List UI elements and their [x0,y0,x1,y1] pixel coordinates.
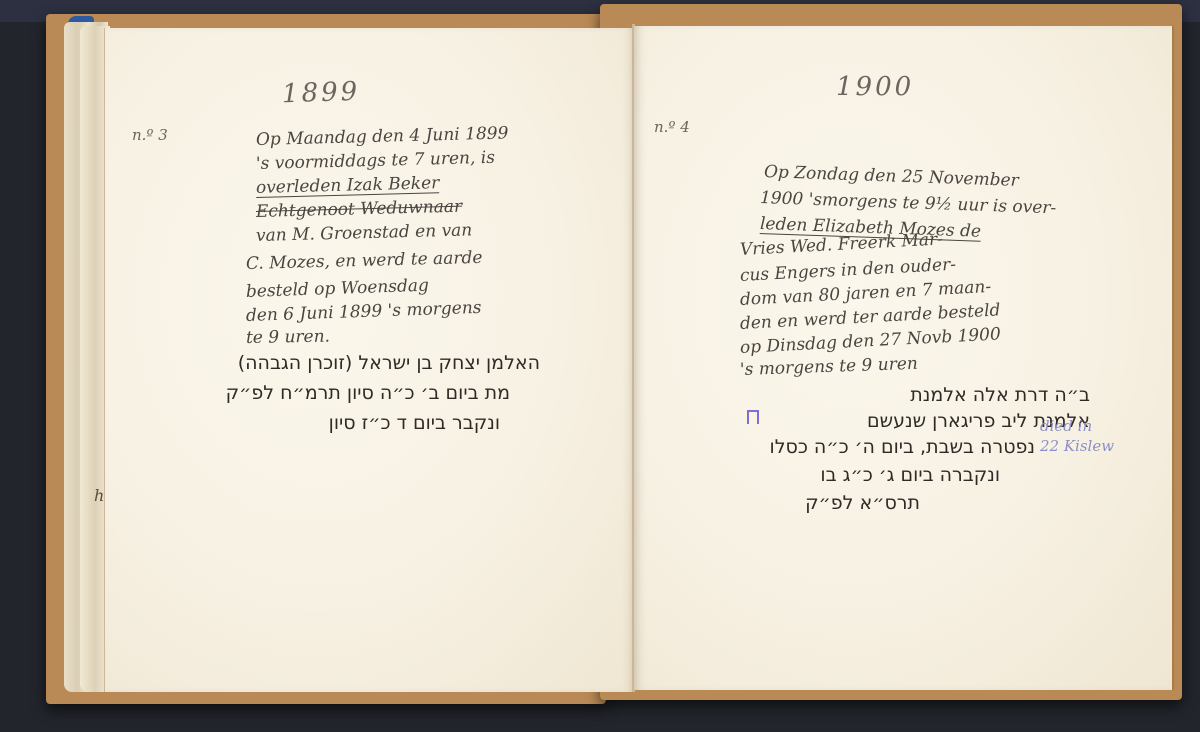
left-line-9: te 9 uren. [246,329,330,347]
pencil-note: died in 22 Kislew [1040,416,1114,456]
left-entry-number: n.º 3 [132,126,168,144]
right-entry-number: n.º 4 [654,118,690,136]
pencil-note-line-2: 22 Kislew [1040,436,1114,456]
right-page-year: 1900 [836,72,914,102]
left-hebrew-line-1: האלמן יצחק בן ישראל (זוכרן הגבהה) [238,352,540,374]
purple-correction-mark [747,410,759,424]
margin-mark: h [94,486,104,505]
right-hebrew-line-3: נפטרה בשבת, ביום ה׳ כ״ה כסלו [770,436,1035,458]
right-hebrew-line-1: ב״ה דרת אלה אלמנת [910,384,1090,406]
left-page-year: 1899 [282,77,361,110]
left-hebrew-line-2: מת ביום ב׳ כ״ה סיון תרמ״ח לפ״ק [226,382,510,404]
right-hebrew-line-5: תרס״א לפ״ק [805,492,920,514]
right-hebrew-line-4: ונקברה ביום ג׳ כ״ג בו [820,464,1000,486]
left-hebrew-line-3: ונקבר ביום ד כ״ז סיון [329,412,500,434]
pencil-note-line-1: died in [1040,416,1114,436]
